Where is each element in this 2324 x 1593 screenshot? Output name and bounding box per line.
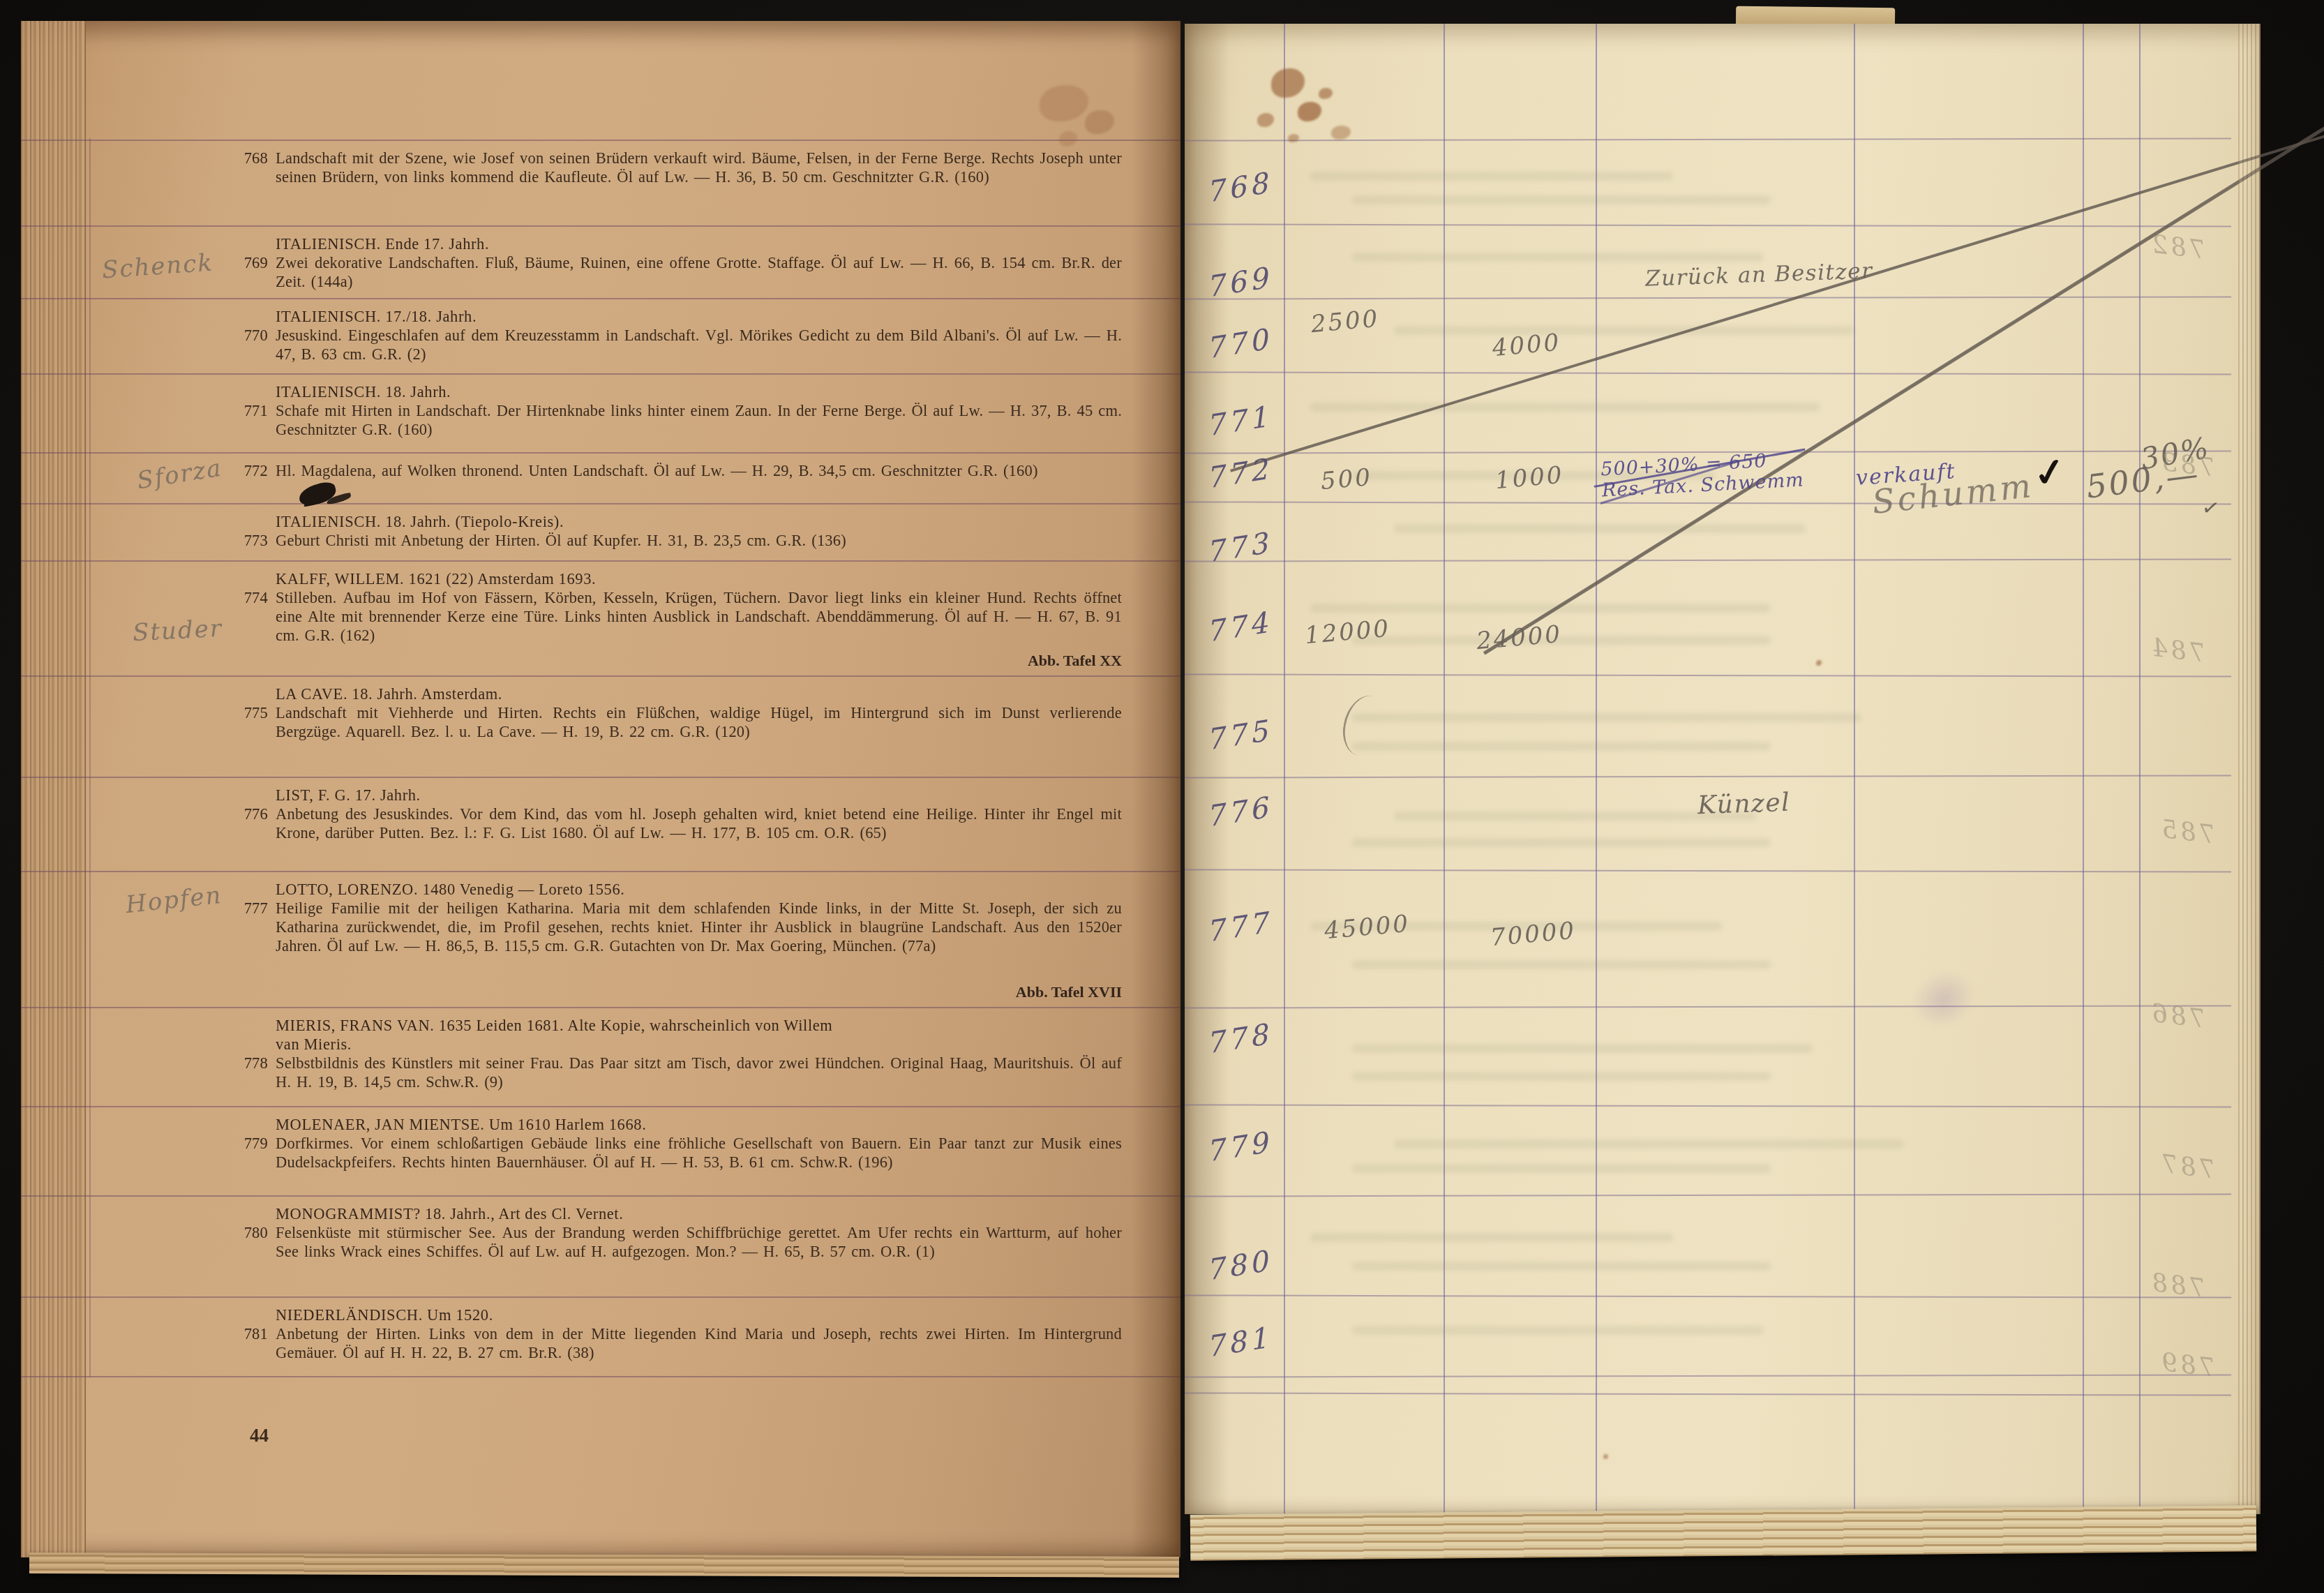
stain (1085, 110, 1114, 134)
catalog-entry: LIST, F. G. 17. Jahrh.776Anbetung des Je… (21, 777, 1180, 871)
catalog-entry: ITALIENISCH. 18. Jahrh.771Schafe mit Hir… (21, 373, 1180, 452)
bleed-through-text (1394, 524, 1806, 533)
ledger-entry-number: 781 (1208, 1320, 1274, 1364)
entry-header: MOLENAER, JAN MIENTSE. Um 1610 Harlem 16… (276, 1115, 1122, 1134)
entry-text: 774Stilleben. Aufbau im Hof von Fässern,… (276, 588, 1122, 645)
entry-text: 768Landschaft mit der Szene, wie Josef v… (276, 149, 1122, 186)
ledger-entry-number: 777 (1208, 905, 1274, 949)
bleed-through-text (1394, 1139, 1903, 1149)
catalog-entry: LA CAVE. 18. Jahrh. Amsterdam.775Landsch… (21, 675, 1180, 777)
calculation-crossed: 500+30% = 650Res. Tax. Schwemm (1600, 449, 1805, 501)
bleed-through-text (1352, 1072, 1771, 1081)
price-estimate: 1000 (1494, 461, 1565, 495)
ledger-column-line (1444, 24, 1445, 1514)
ledger-entry-number: 775 (1208, 713, 1274, 757)
price-estimate: 500 (1319, 463, 1373, 495)
bleed-through-text (1352, 960, 1771, 969)
bleed-through-text (1310, 1233, 1673, 1242)
stain (1040, 85, 1088, 121)
catalog-entry: NIEDERLÄNDISCH. Um 1520.781Anbetung der … (21, 1296, 1180, 1376)
bleed-through-text (1310, 403, 1820, 412)
plate-reference: Abb. Tafel XVII (1016, 983, 1122, 1001)
entry-text: 769Zwei dekorative Landschaften. Fluß, B… (276, 253, 1122, 291)
ledger-entry-number: 779 (1208, 1125, 1274, 1169)
ledger-row-line (1185, 775, 2231, 778)
entry-header: MIERIS, FRANS VAN. 1635 Leiden 1681. Alt… (276, 1016, 1122, 1054)
entry-header: MONOGRAMMIST? 18. Jahrh., Art des Cl. Ve… (276, 1204, 1122, 1223)
price-estimate: 45000 (1323, 910, 1411, 945)
bleed-through-text (1352, 838, 1771, 847)
bleed-through-number: 785 (2157, 814, 2217, 850)
entry-number: 779 (233, 1134, 268, 1153)
entry-text: 775Landschaft mit Viehherde und Hirten. … (276, 703, 1122, 741)
entry-text: 772Hl. Magdalena, auf Wolken thronend. U… (276, 461, 1122, 480)
rust-stain (1331, 126, 1351, 140)
bleed-through-text (1352, 195, 1771, 204)
bleed-through-text (1310, 604, 1771, 613)
checkmark: ✓ (2030, 448, 2069, 498)
entry-number: 769 (233, 253, 268, 272)
ledger-row-line (1185, 223, 2231, 227)
entry-text: 773Geburt Christi mit Anbetung der Hirte… (276, 531, 1122, 550)
rust-stain (1603, 1454, 1608, 1459)
entry-header: NIEDERLÄNDISCH. Um 1520. (276, 1306, 1122, 1324)
bleed-through-text (1352, 1044, 1813, 1053)
checkmark-small: ✓ (2200, 495, 2221, 522)
entry-header: ITALIENISCH. Ende 17. Jahrh. (276, 234, 1122, 253)
entry-number: 772 (233, 461, 268, 480)
catalog-entry: ITALIENISCH. 18. Jahrh. (Tiepolo-Kreis).… (21, 503, 1180, 560)
left-page: 768Landschaft mit der Szene, wie Josef v… (21, 21, 1180, 1557)
ledger-note: Künzel (1697, 788, 1791, 821)
ledger-entry-number: 772 (1208, 451, 1274, 495)
ledger-entry-number: 780 (1208, 1243, 1274, 1287)
ledger-row-line (1185, 371, 2231, 375)
entry-header: LA CAVE. 18. Jahrh. Amsterdam. (276, 685, 1122, 703)
catalog-entry: MIERIS, FRANS VAN. 1635 Leiden 1681. Alt… (21, 1007, 1180, 1106)
entry-text: 781Anbetung der Hirten. Links von dem in… (276, 1324, 1122, 1362)
entry-header: LIST, F. G. 17. Jahrh. (276, 786, 1122, 805)
entry-number: 777 (233, 899, 268, 918)
ledger-entry-number: 770 (1208, 322, 1274, 366)
ledger-row-line (1185, 1392, 2231, 1396)
ledger-row-line (1185, 1005, 2231, 1008)
bleed-through-text (1352, 713, 1861, 722)
bleed-through-text (1352, 1164, 1771, 1173)
entry-text: 776Anbetung des Jesuskindes. Vor dem Kin… (276, 805, 1122, 842)
ledger-entry-number: 778 (1208, 1017, 1274, 1061)
ledger-entry-number: 769 (1208, 260, 1274, 304)
entry-number: 768 (233, 149, 268, 167)
bleed-through-text (1352, 253, 1764, 262)
entry-text: 770Jesuskind. Eingeschlafen auf dem Kreu… (276, 326, 1122, 364)
ledger-entry-number: 776 (1208, 790, 1274, 834)
entry-text: 779Dorfkirmes. Vor einem schloßartigen G… (276, 1134, 1122, 1172)
catalog-entry: MOLENAER, JAN MIENTSE. Um 1610 Harlem 16… (21, 1106, 1180, 1195)
bleed-through-number: 784 (2147, 633, 2207, 668)
entry-number: 774 (233, 588, 268, 607)
ledger-row-line (1185, 1104, 2231, 1107)
ledger-row-line (1185, 1374, 2231, 1377)
entry-text: 777Heilige Familie mit der heiligen Kath… (276, 899, 1122, 955)
right-ledger-page: 76876925004000Zurück an Besitzer77077177… (1185, 24, 2261, 1514)
bleed-through-number: 789 (2157, 1347, 2217, 1383)
entry-header: LOTTO, LORENZO. 1480 Venedig — Loreto 15… (276, 880, 1122, 899)
entry-number: 770 (233, 326, 268, 345)
margin-note: Studer (132, 615, 223, 648)
ledger-entry-number: 773 (1208, 525, 1274, 569)
ledger-entry-number: 768 (1208, 165, 1274, 209)
catalog-entries: 768Landschaft mit der Szene, wie Josef v… (21, 140, 1180, 1377)
rust-stain (1298, 102, 1321, 121)
rust-stain (1271, 68, 1305, 98)
page-number: 44 (250, 1425, 269, 1446)
entry-header: ITALIENISCH. 18. Jahrh. (Tiepolo-Kreis). (276, 512, 1122, 531)
bleed-through-text (1352, 1262, 1771, 1271)
ink-smudge (1901, 959, 1986, 1040)
catalog-entry: 768Landschaft mit der Szene, wie Josef v… (21, 140, 1180, 225)
plate-reference: Abb. Tafel XX (1028, 652, 1122, 670)
entry-header: ITALIENISCH. 17./18. Jahrh. (276, 307, 1122, 326)
entry-header: KALFF, WILLEM. 1621 (22) Amsterdam 1693. (276, 569, 1122, 588)
ledger-column-line (1596, 24, 1597, 1514)
catalog-entry: ITALIENISCH. 17./18. Jahrh.770Jesuskind.… (21, 298, 1180, 373)
rust-stain (1816, 660, 1822, 666)
entry-number: 780 (233, 1223, 268, 1242)
ledger-entry-number: 771 (1208, 399, 1274, 443)
entry-number: 773 (233, 531, 268, 550)
left-page-stack-edge (29, 1553, 1179, 1578)
ledger-row-line (1185, 501, 2231, 504)
rust-stain (1319, 88, 1333, 99)
entry-text: 778Selbstbildnis des Künstlers mit seine… (276, 1054, 1122, 1091)
book-scan: 768Landschaft mit der Szene, wie Josef v… (0, 0, 2324, 1593)
rust-stain (1257, 113, 1274, 127)
entry-header: ITALIENISCH. 18. Jahrh. (276, 382, 1122, 401)
ledger-row-line (1185, 869, 2231, 872)
ledger-row-line (1185, 558, 2231, 562)
entry-number: 771 (233, 401, 268, 420)
entry-number: 775 (233, 703, 268, 722)
right-page-stack-edge (1190, 1505, 2257, 1560)
ledger-column-line (1284, 24, 1285, 1514)
ledger-row-line (1185, 1193, 2231, 1197)
bleed-through-text (1352, 742, 1771, 751)
entry-number: 781 (233, 1324, 268, 1343)
ledger-row-line (1185, 673, 2231, 677)
bleed-through-number: 786 (2147, 999, 2207, 1034)
bottom-rule (21, 1376, 1180, 1377)
ledger-row-line (1185, 1294, 2231, 1298)
price-estimate: 24000 (1475, 620, 1563, 656)
catalog-entry: MONOGRAMMIST? 18. Jahrh., Art des Cl. Ve… (21, 1195, 1180, 1296)
bleed-through-number: 787 (2157, 1149, 2217, 1185)
entry-number: 778 (233, 1054, 268, 1072)
entry-text: 780Felsenküste mit stürmischer See. Aus … (276, 1223, 1122, 1261)
entry-number: 776 (233, 805, 268, 823)
ledger-column-line (1854, 24, 1855, 1514)
ledger-entry-number: 774 (1208, 605, 1274, 649)
bleed-through-text (1310, 172, 1673, 181)
bleed-through-text (1352, 1326, 1764, 1335)
entry-text: 771Schafe mit Hirten in Landschaft. Der … (276, 401, 1122, 439)
